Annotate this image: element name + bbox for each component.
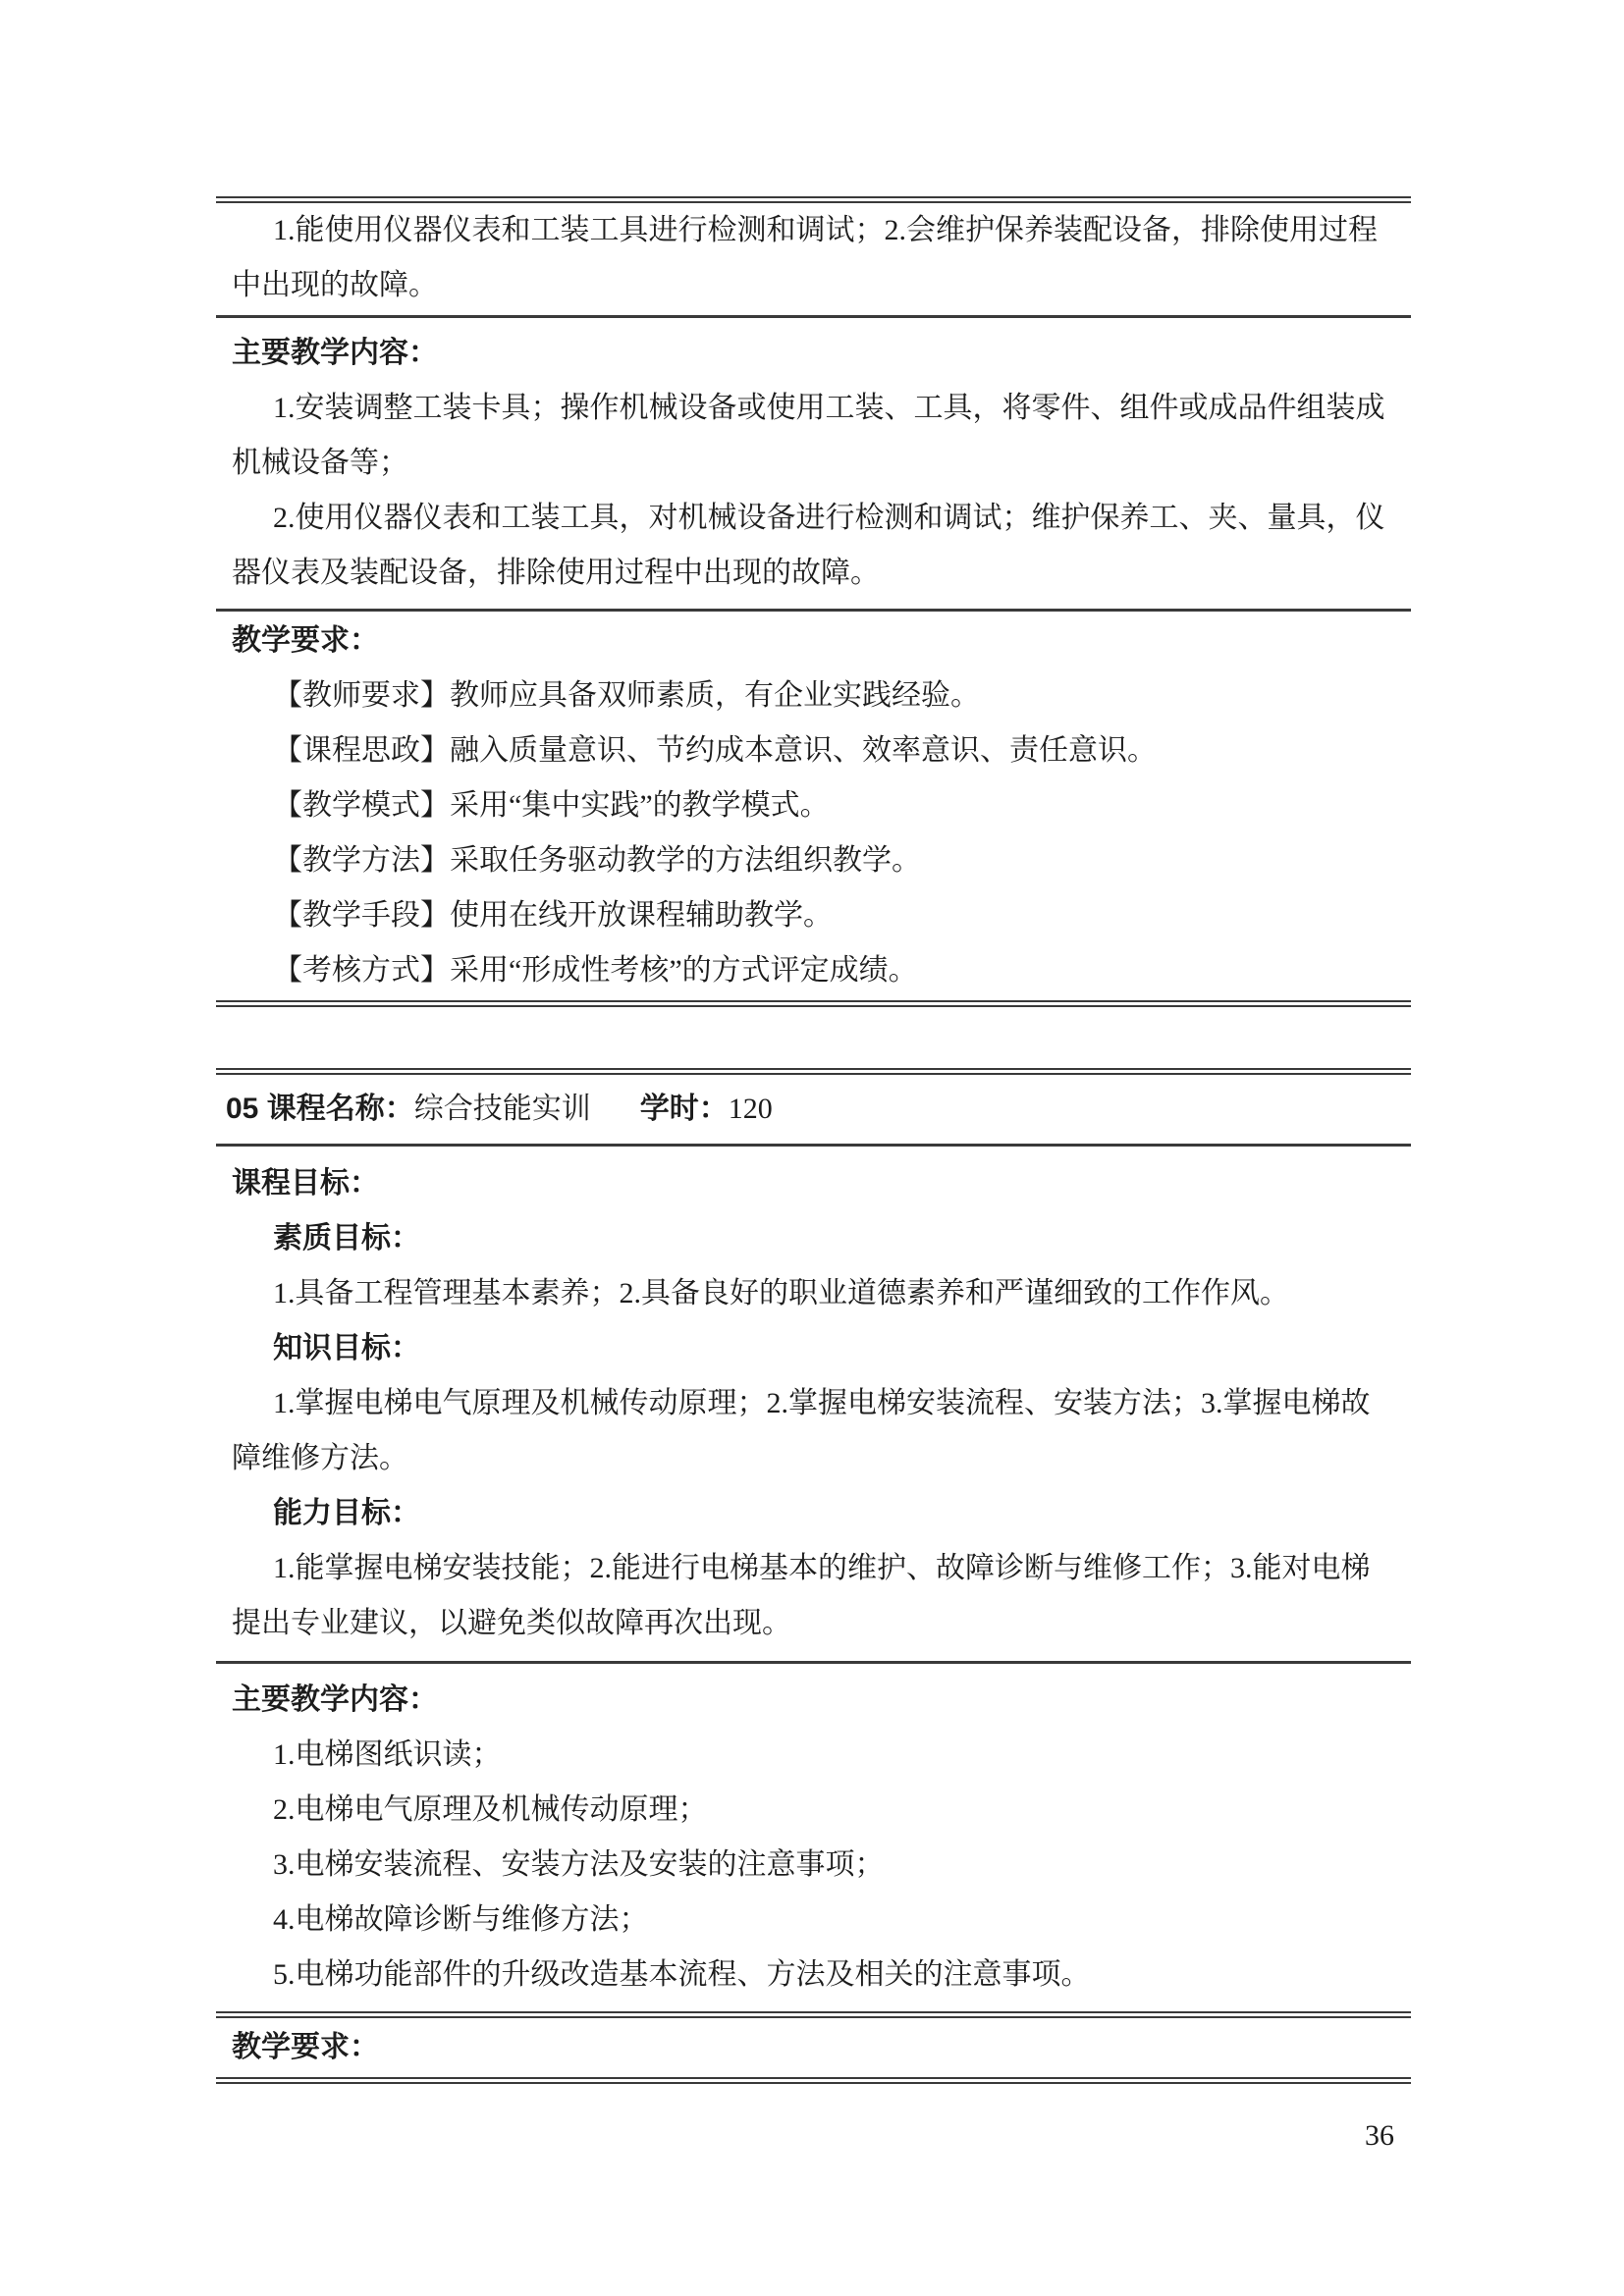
assessment-method-item: 【考核方式】采用“形成性考核”的方式评定成绩。 bbox=[232, 943, 1397, 998]
teaching-content-item: 3.电梯安装流程、安装方法及安装的注意事项； bbox=[232, 1838, 1397, 1893]
table-top-double-rule bbox=[216, 1068, 1411, 1075]
teaching-content-item: 4.电梯故障诊断与维修方法； bbox=[232, 1893, 1397, 1948]
teaching-requirements-row: 教学要求： 【教师要求】教师应具备双师素质，有企业实践经验。 【课程思政】融入质… bbox=[216, 612, 1411, 1000]
quality-objectives-heading: 素质目标： bbox=[232, 1211, 1397, 1266]
teaching-content-item: 5.电梯功能部件的升级改造基本流程、方法及相关的注意事项。 bbox=[232, 1948, 1397, 2002]
course-objectives-row: 课程目标： 素质目标： 1.具备工程管理基本素养；2.具备良好的职业道德素养和严… bbox=[216, 1147, 1411, 1661]
course-name-label: 05 课程名称： bbox=[226, 1093, 414, 1125]
course-title-row: 05 课程名称：综合技能实训学时：120 bbox=[216, 1075, 1411, 1144]
table-bottom-double-rule bbox=[216, 1000, 1411, 1007]
ability-objectives-row: 1.能使用仪器仪表和工装工具进行检测和调试；2.会维护保养装配设备，排除使用过程… bbox=[216, 203, 1411, 315]
course-hours-label: 学时： bbox=[640, 1093, 729, 1125]
teaching-means-item: 【教学手段】使用在线开放课程辅助教学。 bbox=[232, 888, 1397, 943]
teaching-content-heading: 主要教学内容： bbox=[232, 326, 1397, 381]
course-title: 05 课程名称：综合技能实训学时：120 bbox=[226, 1082, 1397, 1137]
teaching-content-heading: 主要教学内容： bbox=[232, 1673, 1397, 1728]
knowledge-objectives-text: 1.掌握电梯电气原理及机械传动原理；2.掌握电梯安装流程、安装方法；3.掌握电梯… bbox=[232, 1376, 1397, 1486]
teaching-content-row: 主要教学内容： 1.电梯图纸识读； 2.电梯电气原理及机械传动原理； 3.电梯安… bbox=[216, 1664, 1411, 2011]
course-04-table-continued: 1.能使用仪器仪表和工装工具进行检测和调试；2.会维护保养装配设备，排除使用过程… bbox=[216, 196, 1411, 1007]
teaching-content-item: 2.使用仪器仪表和工装工具，对机械设备进行检测和调试；维护保养工、夹、量具，仪器… bbox=[232, 491, 1397, 601]
teaching-requirements-heading: 教学要求： bbox=[232, 614, 1397, 668]
ability-objectives-text: 1.能使用仪器仪表和工装工具进行检测和调试；2.会维护保养装配设备，排除使用过程… bbox=[232, 203, 1397, 313]
teaching-content-row: 主要教学内容： 1.安装调整工装卡具；操作机械设备或使用工装、工具，将零件、组件… bbox=[216, 318, 1411, 609]
teaching-method-item: 【教学方法】采取任务驱动教学的方法组织教学。 bbox=[232, 833, 1397, 888]
teacher-requirement-item: 【教师要求】教师应具备双师素质，有企业实践经验。 bbox=[232, 668, 1397, 723]
teaching-content-item: 1.电梯图纸识读； bbox=[232, 1728, 1397, 1783]
table-bottom-double-rule bbox=[216, 2077, 1411, 2084]
double-rule bbox=[216, 2011, 1411, 2018]
teaching-requirements-row: 教学要求： bbox=[216, 2018, 1411, 2077]
teaching-content-item: 2.电梯电气原理及机械传动原理； bbox=[232, 1783, 1397, 1838]
course-05-table: 05 课程名称：综合技能实训学时：120 课程目标： 素质目标： 1.具备工程管… bbox=[216, 1068, 1411, 2084]
page-number: 36 bbox=[1365, 2118, 1394, 2154]
course-ideology-item: 【课程思政】融入质量意识、节约成本意识、效率意识、责任意识。 bbox=[232, 723, 1397, 778]
document-page: 1.能使用仪器仪表和工装工具进行检测和调试；2.会维护保养装配设备，排除使用过程… bbox=[0, 0, 1624, 2296]
teaching-requirements-heading: 教学要求： bbox=[232, 2020, 1397, 2075]
course-name-value: 综合技能实训 bbox=[414, 1093, 591, 1125]
table-top-double-rule bbox=[216, 196, 1411, 203]
ability-objectives-heading: 能力目标： bbox=[232, 1486, 1397, 1541]
teaching-content-item: 1.安装调整工装卡具；操作机械设备或使用工装、工具，将零件、组件或成品件组装成机… bbox=[232, 381, 1397, 491]
page-content: 1.能使用仪器仪表和工装工具进行检测和调试；2.会维护保养装配设备，排除使用过程… bbox=[216, 196, 1411, 2084]
course-objectives-heading: 课程目标： bbox=[232, 1156, 1397, 1211]
table-gap bbox=[216, 1007, 1411, 1068]
ability-objectives-text: 1.能掌握电梯安装技能；2.能进行电梯基本的维护、故障诊断与维修工作；3.能对电… bbox=[232, 1541, 1397, 1651]
knowledge-objectives-heading: 知识目标： bbox=[232, 1321, 1397, 1376]
quality-objectives-text: 1.具备工程管理基本素养；2.具备良好的职业道德素养和严谨细致的工作作风。 bbox=[232, 1266, 1397, 1321]
course-hours-value: 120 bbox=[729, 1093, 773, 1125]
teaching-mode-item: 【教学模式】采用“集中实践”的教学模式。 bbox=[232, 778, 1397, 833]
